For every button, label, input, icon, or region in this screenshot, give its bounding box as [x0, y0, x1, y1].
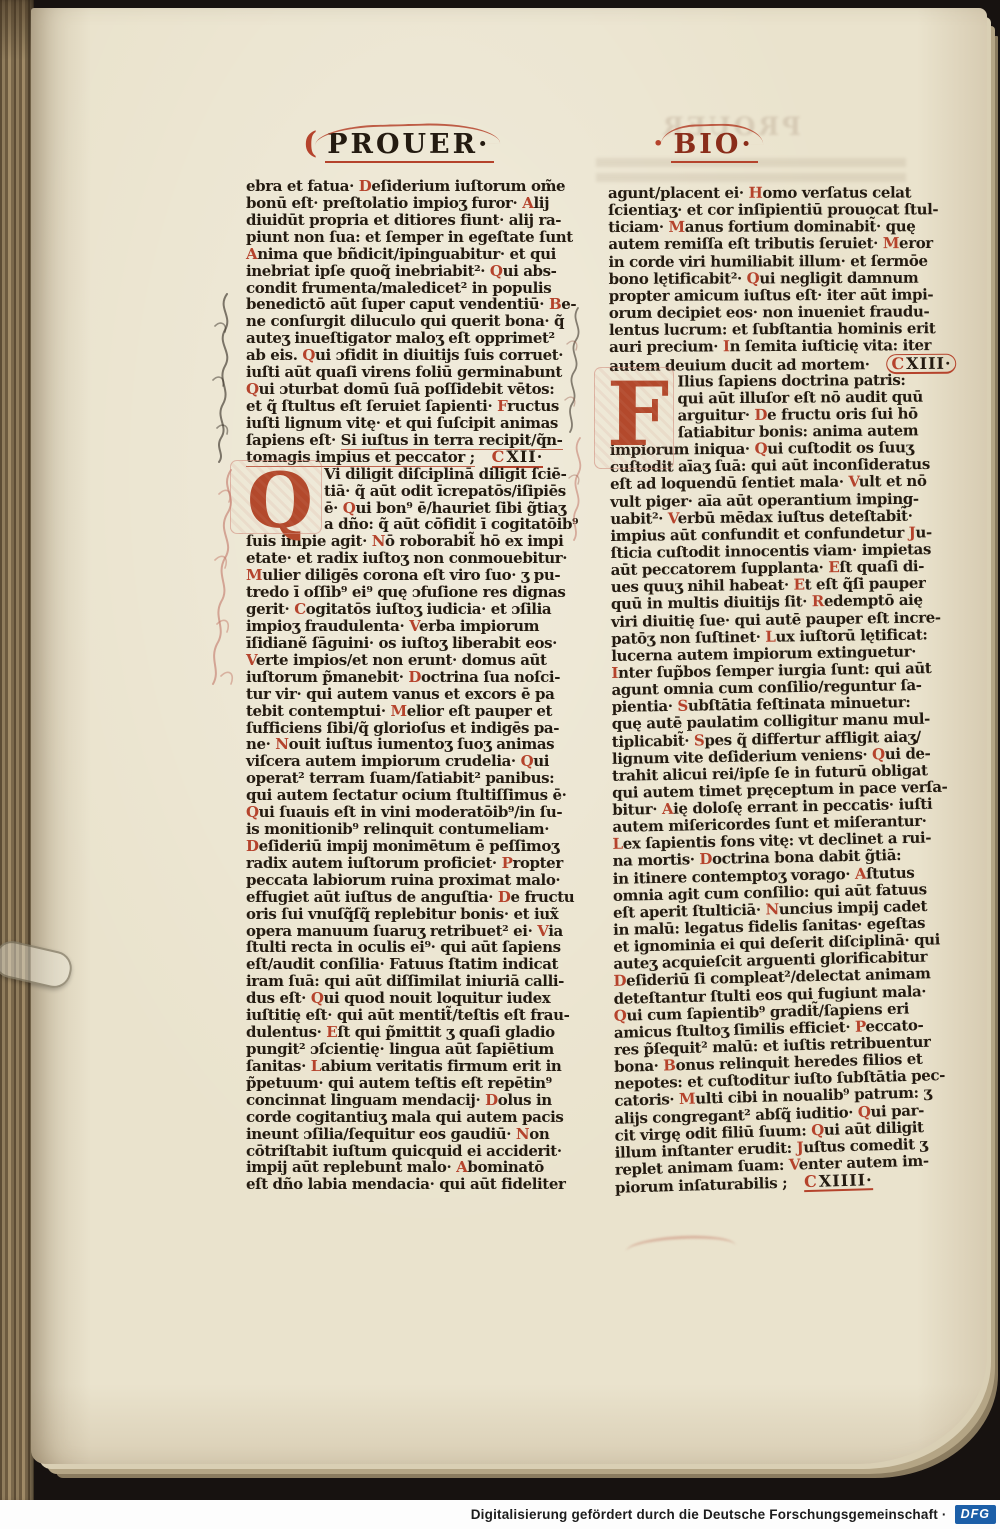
rubricated-letter: N: [765, 900, 779, 918]
rubricated-letter: V: [537, 922, 548, 940]
rubricated-letter: Q: [858, 1102, 871, 1120]
rubricated-letter: A: [246, 245, 257, 263]
running-head-right: ·BIO·: [653, 126, 758, 163]
text-line: impij aūt replebunt̃ malo· Abominatō: [246, 1159, 586, 1176]
text-line: pungit² ɔſcientię· lingua aūt ſapiētium: [246, 1041, 586, 1058]
rubricated-letter: A: [456, 1158, 467, 1176]
text-line: dulentus· Eſt qui p̃mittit ʒ quaſi gladi…: [246, 1024, 586, 1041]
text-line: viſcera autem impiorum crudelia· Qui: [246, 753, 586, 770]
text-line: Anima que bñdicit/ipinguabitur· et qui: [246, 246, 586, 263]
text-line: concinnat linguam mendacij· Dolus in: [246, 1092, 586, 1109]
text-line: Verte impios/et non erunt· domus aūt: [246, 652, 586, 669]
decorated-initial-F: F: [606, 370, 670, 468]
rubricated-letter: H: [749, 184, 763, 202]
text-line: ne· Nouit iuſtus iumentoʒ ſuoʒ animas: [246, 736, 586, 753]
text-column-left: ebra et fatua· Deſiderium iuſtorum om̃eb…: [246, 178, 586, 1193]
rubric-paraph-icon: C: [492, 447, 506, 466]
rubricated-letter: Q: [246, 803, 259, 821]
rubricated-letter: Q: [490, 262, 503, 280]
text-line: ineunt ɔſilia/ſequitur eos gaudiū· Non: [246, 1126, 586, 1143]
text-line: etate· et radix iuſtoʒ non conmouebitur·: [246, 550, 586, 567]
rubricated-letter: C: [294, 600, 306, 618]
text-line: dus eſt· Qui quod nouit loquitur iudex: [246, 990, 586, 1007]
rubricated-letter: Q: [614, 1006, 627, 1024]
rubricated-letter: V: [668, 509, 678, 527]
text-line: is monitionib⁹ relinquit contumeliam·: [246, 821, 586, 838]
text-line: gerit· Cogitatōs iuſtoʒ iudicia· et ɔſil…: [246, 601, 586, 618]
text-line: eſt dño labia mendacia· qui aūt fidelite…: [246, 1176, 586, 1193]
rubricated-letter: N: [372, 532, 385, 550]
text-line: cōtriſtabit iuſtum quicquid ei acciderit…: [246, 1143, 586, 1160]
digitization-footer-bar: Digitalisierung gefördert durch die Deut…: [0, 1500, 1000, 1529]
rubricated-letter: F: [497, 397, 507, 415]
rubricated-letter: Q: [246, 380, 259, 398]
rubricated-letter: E: [326, 1023, 337, 1041]
running-head-right-text: BIO·: [671, 129, 757, 163]
text-line: Qui ɔturbat domū ſuā poſſidebit vētos:: [246, 381, 586, 398]
text-line: ab eis. Qui ɔfidit in diuitijs ſuis corr…: [246, 347, 586, 364]
chapter-number-marker: CXIIII·: [804, 1171, 873, 1192]
text-line: corde cogitantiuʒ mala qui autem pacis: [246, 1109, 586, 1126]
rubricated-letter: V: [246, 651, 256, 669]
rubricated-letter: J: [796, 1138, 803, 1156]
rubricated-letter: M: [246, 566, 262, 584]
rubricated-letter: Q: [811, 1121, 824, 1139]
rubricated-letter: E: [828, 558, 839, 576]
rubricated-letter: N: [516, 1125, 529, 1143]
manuscript-page: PROUER (PROUER· ·BIO· ebra et fatua· Deſ…: [31, 8, 987, 1464]
text-line: inebriat ipſe quoq̃ inebriabit²· Qui abs…: [246, 263, 586, 280]
rubricated-letter: D: [359, 177, 372, 195]
rubricated-letter: B: [549, 295, 561, 313]
text-line: piunt non ſua: et ſemper in egeſtate ſun…: [246, 229, 586, 246]
rubric-paraph-icon: C: [804, 1172, 818, 1191]
rubricated-letter: V: [789, 1155, 799, 1173]
rubricated-letter: L: [612, 835, 623, 853]
rubricated-letter: E: [793, 576, 804, 594]
rubricated-letter: D: [485, 1091, 498, 1109]
rubricated-letter: Q: [302, 346, 315, 364]
text-line: tredo ī oſſib⁹ ei⁹ quę ɔfuſione res dign…: [246, 584, 586, 601]
text-line: ſufficiens ſibi/q̃ glorioſus et indigēs …: [246, 720, 586, 737]
rubricated-letter: L: [765, 627, 775, 645]
red-ink-smudge: [625, 1233, 736, 1264]
rubricated-letter: M: [679, 1090, 696, 1108]
text-line: benedictō aūt ſuper caput vendentiū· Be-: [246, 296, 586, 313]
text-line: tur vir· qui autem vanus et excors ē pa: [246, 686, 586, 703]
rubricated-letter: I: [611, 664, 618, 682]
rubricated-letter: Q: [311, 989, 324, 1007]
text-line: iuſtorum p̃manebit· Doctrina ſua noſci-: [246, 669, 586, 686]
text-line: Qui ſuauis eſt in vini moderatōib⁹/in ſu…: [246, 804, 586, 821]
digitization-credit-text: Digitalisierung gefördert durch die Deut…: [471, 1507, 947, 1522]
text-line: īſidianẽ ſāguini· os iuſtoʒ liberabit eo…: [246, 635, 586, 652]
rubricated-letter: M: [669, 218, 685, 236]
text-line: iuſtitię eſt· qui aūt mentit̃/teſtis eſt…: [246, 1007, 586, 1024]
text-line: p̃petuum· qui autem teſtis eſt repētin⁹: [246, 1075, 586, 1092]
text-line: operat² terram ſuam/ſatiabit² panibus:: [246, 770, 586, 787]
rubricated-letter: J: [909, 523, 916, 541]
rubricated-letter: D: [408, 668, 421, 686]
text-line: peccata labiorum ruina proximat malo·: [246, 872, 586, 889]
text-line: ebra et fatua· Deſiderium iuſtorum om̃e: [246, 178, 586, 195]
text-line: condit frumenta/maledicet² in populis: [246, 280, 586, 297]
rubricated-letter: Q: [747, 269, 760, 287]
text-line: radix autem iuſtorum proficiet· Propter: [246, 855, 586, 872]
text-line: qui autem ſectatur ocium ſtultiſſimus ē·: [246, 787, 586, 804]
rubricated-letter: D: [498, 888, 511, 906]
text-line: Deſideriū impij monimētum ē peſſimoʒ: [246, 838, 586, 855]
rubricated-letter: A: [522, 194, 533, 212]
rubricated-letter: I: [723, 338, 730, 356]
rubricated-letter: D: [699, 850, 712, 868]
text-line: oris ſui vnuſq̃ſq̃ replebitur bonis· et …: [246, 906, 586, 923]
rubricated-letter: A: [662, 800, 674, 818]
dfg-logo: DFG: [955, 1505, 996, 1524]
rubricated-letter: A: [855, 864, 867, 882]
rubricated-letter: N: [275, 735, 288, 753]
rubricated-letter: M: [883, 234, 899, 252]
rubricated-letter: Q: [521, 752, 534, 770]
rubricated-letter: V: [409, 617, 419, 635]
text-line: auteʒ inueſtigator maloʒ eſt opprimet²: [246, 330, 586, 347]
running-head-left: (PROUER·: [303, 126, 494, 163]
text-line: ſanitas· Labium veritatis firmum erit in: [246, 1058, 586, 1075]
rubricated-letter: Q: [754, 440, 767, 458]
text-line: iuſti lignum vitę· et qui ſuſcipit anima…: [246, 415, 586, 432]
rubricated-letter: S: [677, 697, 688, 715]
rubricated-letter: V: [848, 473, 858, 491]
running-head-left-text: PROUER·: [325, 129, 494, 163]
rubricated-letter: P: [855, 1017, 866, 1035]
text-line: ſtulti recta in oculis ei⁹· qui aūt ſapi…: [246, 939, 586, 956]
book-binding-edge: [0, 0, 34, 1502]
text-line: ne conſurgit diluculo qui querit bona· q…: [246, 313, 586, 330]
text-line: eſt/audit conſilia· Fatuus ſtatim indica…: [246, 956, 586, 973]
rubricated-letter: S: [694, 731, 705, 749]
rubricated-letter: Q: [343, 499, 356, 517]
text-line: tebit contemptui· Melior eſt pauper et: [246, 703, 586, 720]
text-line: diuidūt propria et ditiores fiunt· alij …: [246, 212, 586, 229]
rubricated-letter: D: [246, 837, 259, 855]
rubricated-letter: R: [812, 593, 824, 611]
text-line: autem remiſſa eſt tributis ſeruiet· Mero…: [608, 235, 948, 253]
rubricated-letter: P: [502, 854, 513, 872]
rubricated-letter: L: [311, 1057, 321, 1075]
text-line: impioʒ fraudulenta· Verba impiorum: [246, 618, 586, 635]
text-line: effugiet aūt iuſtus de anguſtia· De fruc…: [246, 889, 586, 906]
text-line: et q̃ ſtultus eſt ſeruiet ſapienti· Fruc…: [246, 398, 586, 415]
rubricated-letter: D: [613, 972, 626, 990]
text-line: iuſti aūt quaſi virens foliū germinabunt: [246, 364, 586, 381]
rubricated-letter: D: [754, 406, 767, 424]
rubricated-letter: Q: [872, 745, 885, 763]
text-line: Mulier diligēs corona eſt viro ſuo· ʒ pu…: [246, 567, 586, 584]
text-line: iram ſuā: qui aūt diſſimilat iniuriā cal…: [246, 973, 586, 990]
decorated-initial-Q: Q: [242, 463, 318, 533]
rubricated-letter: M: [390, 702, 406, 720]
text-line: opera manuum ſuaruʒ retribuet² ei· Via: [246, 923, 586, 940]
text-column-right: agunt/placent ei· Homo verſatus celatſci…: [608, 185, 948, 1196]
text-line: bonū eſt· preſtolatio impioʒ furor· Alij: [246, 195, 586, 212]
rubricated-letter: B: [663, 1056, 676, 1074]
